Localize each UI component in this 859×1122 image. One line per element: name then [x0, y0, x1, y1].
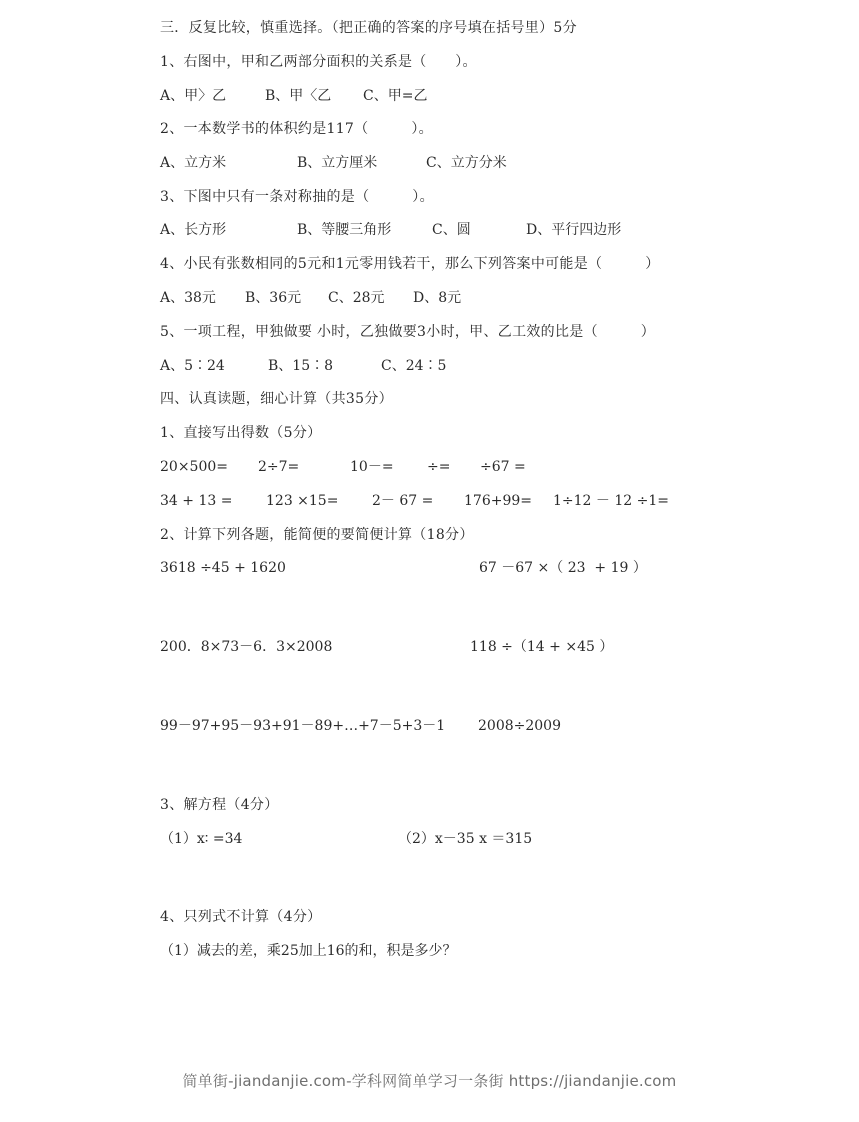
question-5-stem: 5、一项工程，甲独做要 小时，乙独做要3小时，甲、乙工效的比是（ ） — [160, 323, 655, 341]
question-1-option-a: A、甲〉乙 — [160, 87, 226, 105]
question-5-option-b: B、15∶8 — [268, 357, 333, 375]
question-3-option-b: B、等腰三角形 — [297, 221, 391, 239]
calc-problem: 118 ÷（14 + ×45 ） — [470, 638, 613, 656]
mental-math-item: 34 + 13 = — [160, 492, 232, 510]
calc-problem: 99－97+95－93+91－89+…+7－5+3－1 — [160, 717, 445, 735]
question-5-option-c: C、24∶5 — [381, 357, 446, 375]
equation-2: （2）x－35 x ＝315 — [398, 830, 532, 848]
part-1-title: 1、直接写出得数（5分） — [160, 424, 321, 442]
part-3-title: 3、解方程（4分） — [160, 796, 279, 814]
worksheet-page: 三．反复比较，慎重选择。（把正确的答案的序号填在括号里）5分 1、右图中，甲和乙… — [0, 0, 859, 1122]
question-1-option-c: C、甲=乙 — [363, 87, 427, 105]
question-2-option-b: B、立方厘米 — [297, 154, 377, 172]
part-4-title: 4、只列式不计算（4分） — [160, 908, 321, 926]
question-3-option-d: D、平行四边形 — [526, 221, 621, 239]
question-2-option-a: A、立方米 — [160, 154, 226, 172]
mental-math-item: 2－ 67 = — [372, 492, 433, 510]
mental-math-item: ÷67 = — [480, 458, 526, 476]
calc-problem: 67 －67 ×（ 23 + 19 ） — [479, 559, 647, 577]
calc-problem: 2008÷2009 — [478, 717, 561, 735]
question-4-option-b: B、36元 — [245, 289, 301, 307]
question-5-option-a: A、5∶24 — [160, 357, 225, 375]
mental-math-item: 2÷7= — [258, 458, 299, 476]
question-1-option-b: B、甲〈乙 — [265, 87, 331, 105]
word-problem-1: （1）减去的差，乘25加上16的和，积是多少？ — [160, 942, 457, 960]
calc-problem: 3618 ÷45 + 1620 — [160, 559, 286, 577]
footer-watermark: 简单街-jiandanjie.com-学科网简单学习一条街 https://ji… — [0, 1070, 859, 1091]
part-2-title: 2、计算下列各题，能简便的要简便计算（18分） — [160, 526, 474, 544]
section-3-heading: 三．反复比较，慎重选择。（把正确的答案的序号填在括号里）5分 — [160, 19, 577, 37]
question-4-stem: 4、小民有张数相同的5元和1元零用钱若干，那么下列答案中可能是（ ） — [160, 255, 660, 273]
mental-math-item: ÷= — [427, 458, 450, 476]
equation-1: （1）x∶ =34 — [160, 830, 242, 848]
question-3-stem: 3、下图中只有一条对称抽的是（ ）。 — [160, 188, 434, 206]
question-3-option-a: A、长方形 — [160, 221, 226, 239]
question-2-stem: 2、一本数学书的体积约是117（ ）。 — [160, 120, 433, 138]
mental-math-item: 1÷12 － 12 ÷1= — [553, 492, 669, 510]
mental-math-item: 176+99= — [464, 492, 532, 510]
question-4-option-c: C、28元 — [328, 289, 385, 307]
section-4-heading: 四、认真读题，细心计算（共35分） — [160, 390, 393, 408]
question-4-option-a: A、38元 — [160, 289, 216, 307]
question-1-stem: 1、右图中，甲和乙两部分面积的关系是（ ）。 — [160, 53, 477, 71]
mental-math-item: 20×500= — [160, 458, 228, 476]
question-4-option-d: D、8元 — [413, 289, 461, 307]
question-2-option-c: C、立方分米 — [426, 154, 507, 172]
mental-math-item: 123 ×15= — [266, 492, 338, 510]
calc-problem: 200．8×73－6．3×2008 — [160, 638, 332, 656]
mental-math-item: 10－= — [350, 458, 394, 476]
question-3-option-c: C、圆 — [432, 221, 471, 239]
